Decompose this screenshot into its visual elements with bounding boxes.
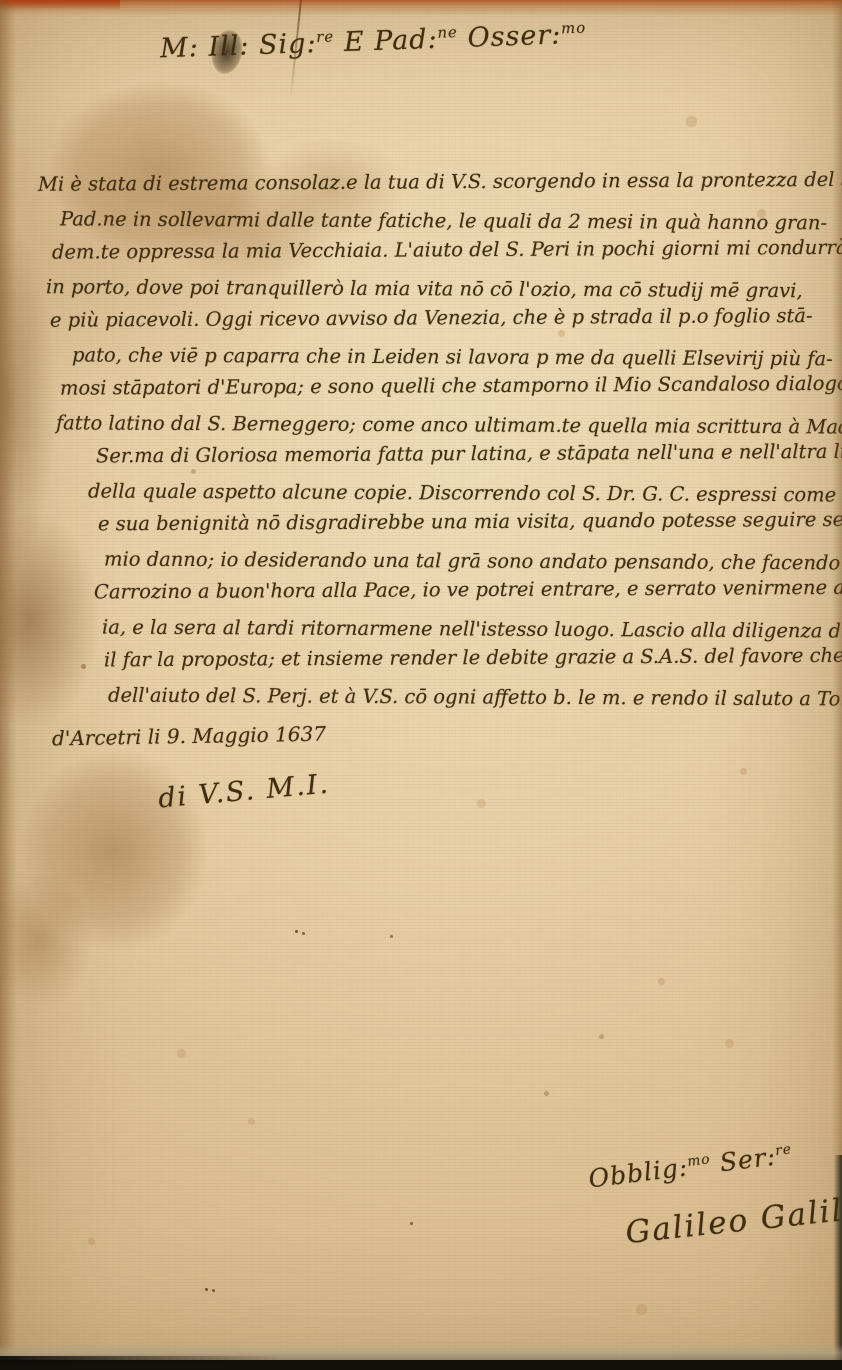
body-line: e sua benignità nō disgradirebbe una mia… xyxy=(0,503,842,542)
salutation-text: E Pad: xyxy=(334,24,438,59)
valediction: di V.S. M.I. xyxy=(157,769,331,815)
body-line: Carrozino a buon'hora alla Pace, io ve p… xyxy=(0,571,842,610)
scan-edge-top-left xyxy=(0,0,120,10)
letter-body: Mi è stata di estrema consolaz.e la tua … xyxy=(0,168,842,712)
manuscript-letter-page: M: Ill: Sig:re E Pad:ne Osser:mo Mi è st… xyxy=(0,0,842,1370)
body-line: il far la proposta; et insieme render le… xyxy=(0,639,842,678)
dateline: d'Arcetri li 9. Maggio 1637 xyxy=(52,722,326,751)
foxing-spots xyxy=(0,0,3,3)
scan-edge-top xyxy=(0,0,842,16)
scan-edge-bottom xyxy=(0,1360,842,1370)
signature-title-text: Obblig: xyxy=(587,1152,690,1193)
scan-edge-bottom-left xyxy=(0,1356,280,1364)
salutation-superscript: re xyxy=(316,27,335,46)
signature-superscript: mo xyxy=(686,1151,711,1170)
signature-title: Obblig:mo Ser:re xyxy=(587,1140,794,1194)
salutation-text: M: Ill: Sig: xyxy=(160,28,317,64)
salutation-text: Osser: xyxy=(457,19,561,54)
body-line: dem.te oppressa la mia Vecchiaia. L'aiut… xyxy=(0,231,842,270)
body-line: Mi è stata di estrema consolaz.e la tua … xyxy=(0,163,842,202)
salutation: M: Ill: Sig:re E Pad:ne Osser:mo xyxy=(160,19,587,65)
salutation-superscript: ne xyxy=(437,23,458,42)
body-line: e più piacevoli. Oggi ricevo avviso da V… xyxy=(0,299,842,338)
paper-deckle-edge xyxy=(0,1344,842,1360)
body-line: Ser.ma di Gloriosa memoria fatta pur lat… xyxy=(0,435,842,474)
signature-title-text: Ser: xyxy=(709,1142,777,1179)
signature-name: Galileo Galilei xyxy=(624,1189,842,1251)
salutation-superscript: mo xyxy=(561,19,587,38)
body-line: mosi stāpatori d'Europa; e sono quelli c… xyxy=(0,367,842,406)
scan-edge-right-dark xyxy=(834,1155,842,1370)
body-line: dell'aiuto del S. Perj. et à V.S. cō ogn… xyxy=(0,678,842,716)
signature-superscript: re xyxy=(774,1141,793,1159)
